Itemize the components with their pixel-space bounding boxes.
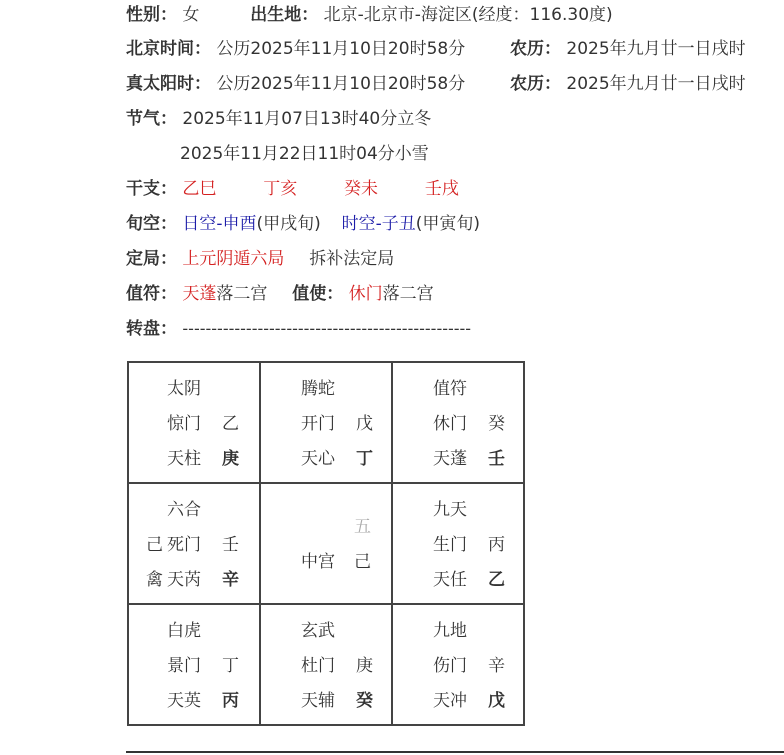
ganzhi-label: 干支： [126,179,177,199]
star: 天冲 [433,691,467,711]
jieqi-2: 2025年11月22日11时04分小雪 [180,144,429,164]
god: 九地 [433,621,467,641]
center-stem: 己 [354,552,371,572]
left-star: 禽 [146,570,163,590]
lunar-label-2: 农历： [510,74,561,94]
row-dingju: 定局： 上元阴遁六局 拆补法定局 [126,242,394,276]
door: 景门 [167,656,201,676]
solar-time-label: 真太阳时： [126,74,211,94]
star: 天英 [167,691,201,711]
row-solar-time: 真太阳时： 公历2025年11月10日20时58分 [126,67,465,101]
ganzhi-hour: 壬戌 [425,179,459,199]
zhishi-door: 休门 [349,284,383,304]
zhuanpan-label: 转盘： [126,319,177,339]
star-stem: 庚 [222,449,239,469]
dingju-method: 拆补法定局 [309,249,394,269]
beijing-time-label: 北京时间： [126,39,211,59]
row-lunar-2: 农历： 2025年九月廿一日戌时 [510,67,746,101]
door: 杜门 [301,656,335,676]
center-number: 五 [354,517,371,537]
god: 白虎 [167,621,201,641]
door-stem: 丁 [222,656,239,676]
center-label: 中宫 [301,552,335,572]
bottom-divider [126,751,784,753]
left-door-stem: 己 [146,535,163,555]
god: 六合 [167,500,201,520]
star: 天柱 [167,449,201,469]
door: 生门 [433,535,467,555]
birthplace-value: 北京-北京市-海淀区(经度：116.30度) [324,5,613,25]
star: 天蓬 [433,449,467,469]
birthplace-label: 出生地： [250,5,318,25]
qimen-grid: 太阴 惊门 乙 天柱 庚 腾蛇 开门 戊 天心 丁 值符 休门 癸 天蓬 壬 六… [127,361,525,726]
door: 休门 [433,414,467,434]
god: 太阴 [167,379,201,399]
star: 天芮 [167,570,201,590]
palace-cell: 玄武 杜门 庚 天辅 癸 [260,604,392,725]
lunar-value-1: 2025年九月廿一日戌时 [566,39,745,59]
row-zhifu-zhishi: 值符： 天蓬落二宫 值使： 休门落二宫 [126,277,434,311]
row-ganzhi: 干支： 乙巳 丁亥 癸未 壬戌 [126,172,459,206]
god: 玄武 [301,621,335,641]
door: 开门 [301,414,335,434]
row-jieqi: 节气： 2025年11月07日13时40分立冬 [126,102,431,136]
row-xunkong: 旬空： 日空-申酉(甲戌旬) 时空-子丑(甲寅旬) [126,207,480,241]
door: 惊门 [167,414,201,434]
dingju-value: 上元阴遁六局 [182,249,284,269]
gender-value: 女 [182,5,199,25]
door-stem: 壬 [222,535,239,555]
row-jieqi-2: 2025年11月22日11时04分小雪 [180,137,429,171]
door-stem: 乙 [222,414,239,434]
door-stem: 辛 [488,656,505,676]
palace-cell: 九地 伤门 辛 天冲 戊 [392,604,524,725]
ganzhi-month: 丁亥 [263,179,297,199]
row-gender-birthplace: 性别： 女 出生地： 北京-北京市-海淀区(经度：116.30度) [126,0,613,32]
jieqi-label: 节气： [126,109,177,129]
lunar-label-1: 农历： [510,39,561,59]
star-stem: 戊 [488,691,505,711]
star: 天辅 [301,691,335,711]
xunkong-hour: 时空-子丑 [342,214,416,234]
zhishi-label: 值使： [292,284,343,304]
god: 腾蛇 [301,379,335,399]
dingju-label: 定局： [126,249,177,269]
door-stem: 戊 [356,414,373,434]
palace-cell: 九天 生门 丙 天任 乙 [392,483,524,604]
row-beijing-time: 北京时间： 公历2025年11月10日20时58分 [126,32,465,66]
row-lunar-1: 农历： 2025年九月廿一日戌时 [510,32,746,66]
zhifu-palace: 落二宫 [216,284,267,304]
center-palace-cell: 五 中宫 己 [260,483,392,604]
god: 九天 [433,500,467,520]
door: 死门 [167,535,201,555]
zhuanpan-dashes: ----------------------------------------… [182,319,471,338]
jieqi-1: 2025年11月07日13时40分立冬 [182,109,431,129]
door-stem: 丙 [488,535,505,555]
ganzhi-day: 癸未 [344,179,378,199]
zhifu-label: 值符： [126,284,177,304]
star-stem: 辛 [222,570,239,590]
beijing-time-value: 公历2025年11月10日20时58分 [216,39,465,59]
gender-label: 性别： [126,5,177,25]
palace-cell: 值符 休门 癸 天蓬 壬 [392,362,524,483]
zhifu-star: 天蓬 [182,284,216,304]
xunkong-day: 日空-申酉 [182,214,256,234]
zhishi-palace: 落二宫 [383,284,434,304]
palace-cell: 太阴 惊门 乙 天柱 庚 [128,362,260,483]
palace-cell: 白虎 景门 丁 天英 丙 [128,604,260,725]
star-stem: 乙 [488,570,505,590]
door-stem: 庚 [356,656,373,676]
xunkong-label: 旬空： [126,214,177,234]
door: 伤门 [433,656,467,676]
solar-time-value: 公历2025年11月10日20时58分 [216,74,465,94]
star-stem: 癸 [356,691,373,711]
door-stem: 癸 [488,414,505,434]
star-stem: 丁 [356,449,373,469]
xunkong-hour-xun: (甲寅旬) [416,214,480,234]
palace-cell: 六合 己 死门 壬 禽 天芮 辛 [128,483,260,604]
star: 天心 [301,449,335,469]
star-stem: 丙 [222,691,239,711]
god: 值符 [433,379,467,399]
palace-cell: 腾蛇 开门 戊 天心 丁 [260,362,392,483]
star-stem: 壬 [488,449,505,469]
lunar-value-2: 2025年九月廿一日戌时 [566,74,745,94]
row-zhuanpan: 转盘： ------------------------------------… [126,312,471,346]
xunkong-day-xun: (甲戌旬) [257,214,321,234]
star: 天任 [433,570,467,590]
ganzhi-year: 乙巳 [182,179,216,199]
